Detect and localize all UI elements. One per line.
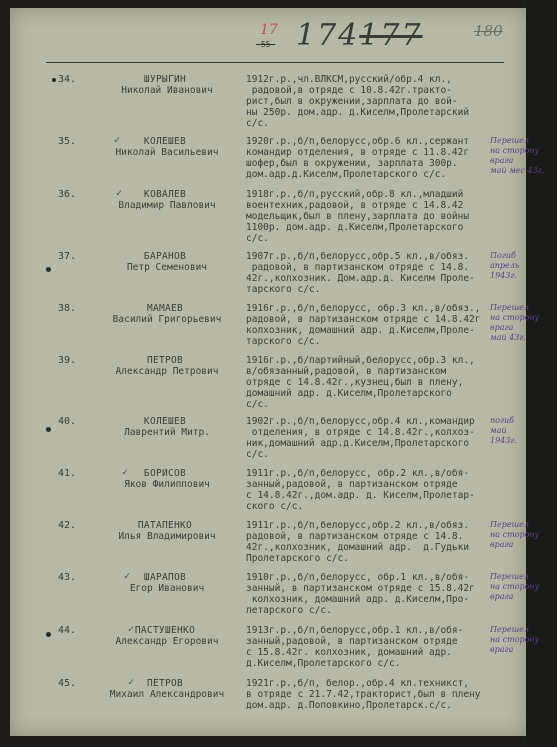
- entry-number: 40.: [58, 416, 76, 427]
- entry-number: 36.: [58, 189, 76, 200]
- handwritten-note: Погиб апрель 1943г.: [490, 251, 540, 281]
- entry-details: 1918г.р.,б/п,русский,обр.8 кл.,младший в…: [246, 189, 496, 244]
- given-name: Владимир Павлович: [92, 200, 242, 211]
- entry-details: 1920г.р.,б/п,белорусс,обр.6 кл.,сержант …: [246, 136, 496, 180]
- archive-number-struck: 177: [359, 18, 422, 53]
- entry-details: 1911г.р.,б/п,белорусс,обр.2 кл.,в/обяз. …: [246, 520, 496, 564]
- binding-hole: [52, 78, 56, 82]
- given-name: Лаврентий Митр.: [92, 427, 242, 438]
- given-name: Александр Петрович: [92, 366, 242, 377]
- given-name: Николай Васильевич: [92, 147, 242, 158]
- handwritten-note: Перешел на сторону врага май 43г.: [490, 303, 540, 343]
- entry-number: 44.: [58, 625, 76, 636]
- surname: БАРАНОВ: [110, 251, 220, 262]
- surname: КОЛЕШЕВ: [110, 136, 220, 147]
- entry-details: 1916г.р.,б/партийный,белорусс,обр.3 кл.,…: [246, 355, 496, 410]
- entry-number: 43.: [58, 572, 76, 583]
- handwritten-note: погиб май 1943г.: [490, 416, 540, 446]
- given-name: Александр Егорович: [92, 636, 242, 647]
- entry-number: 38.: [58, 303, 76, 314]
- header-divider: [46, 62, 504, 63]
- surname: ПАСТУШЕНКО: [110, 625, 220, 636]
- corner-number: 180: [474, 22, 503, 40]
- entry-details: 1921г.р.,б/п, белор.,обр.4 кл.техникст, …: [246, 678, 496, 711]
- binding-hole: [46, 632, 51, 637]
- given-name: Михаил Александрович: [92, 689, 242, 700]
- entry-number: 45.: [58, 678, 76, 689]
- surname: МАМАЕВ: [110, 303, 220, 314]
- entry-details: 1911г.р.,б/п,белорусс, обр.2 кл.,в/обя- …: [246, 468, 496, 512]
- entry-number: 37.: [58, 251, 76, 262]
- entry-number: 35.: [58, 136, 76, 147]
- handwritten-note: Перешел на сторону врага: [490, 520, 540, 550]
- handwritten-note: Перешел на сторону врага май мес 43г.: [490, 136, 540, 176]
- sheet-number: -55-: [256, 40, 275, 49]
- surname: ШУРЫГИН: [110, 74, 220, 85]
- binding-hole: [46, 267, 51, 272]
- binding-hole: [46, 427, 51, 432]
- entry-number: 41.: [58, 468, 76, 479]
- entry-details: 1912г.р.,чл.ВЛКСМ,русский/обр.4 кл., рад…: [246, 74, 496, 129]
- given-name: Николай Иванович: [92, 85, 242, 96]
- entry-details: 1916г.р.,б/п,белорусс, обр.3 кл.,в/обяз.…: [246, 303, 496, 347]
- entry-details: 1902г.р.,б/п,белорусс,обр.4 кл.,командир…: [246, 416, 496, 460]
- archive-number-main: 174: [296, 18, 359, 53]
- red-pencil-mark: 17: [260, 22, 278, 38]
- surname: ПЕТРОВ: [110, 678, 220, 689]
- entry-number: 39.: [58, 355, 76, 366]
- given-name: Василий Григорьевич: [92, 314, 242, 325]
- surname: КОВАЛЕВ: [110, 189, 220, 200]
- surname: ШАРАПОВ: [110, 572, 220, 583]
- entry-details: 1910г.р.,б/п,белорусс, обр.1 кл.,в/обя- …: [246, 572, 496, 616]
- given-name: Петр Семенович: [92, 262, 242, 273]
- given-name: Илья Владимирович: [92, 531, 242, 542]
- surname: КОЛЕШЕВ: [110, 416, 220, 427]
- given-name: Егор Иванович: [92, 583, 242, 594]
- surname: ПАТАПЕНКО: [110, 520, 220, 531]
- surname: БОРИСОВ: [110, 468, 220, 479]
- archive-number: 174177: [296, 18, 423, 53]
- entry-details: 1913г.р.,б/п,белорусс,обр.1 кл.,в/обя- з…: [246, 625, 496, 669]
- given-name: Яков Филиппович: [92, 479, 242, 490]
- handwritten-note: Перешел на сторону врага: [490, 625, 540, 655]
- surname: ПЕТРОВ: [110, 355, 220, 366]
- handwritten-note: Перешел на сторону врага: [490, 572, 540, 602]
- entry-details: 1907г.р.,б/п,белорусс,обр.5 кл.,в/обяз. …: [246, 251, 496, 295]
- entry-number: 42.: [58, 520, 76, 531]
- entry-number: 34.: [58, 74, 76, 85]
